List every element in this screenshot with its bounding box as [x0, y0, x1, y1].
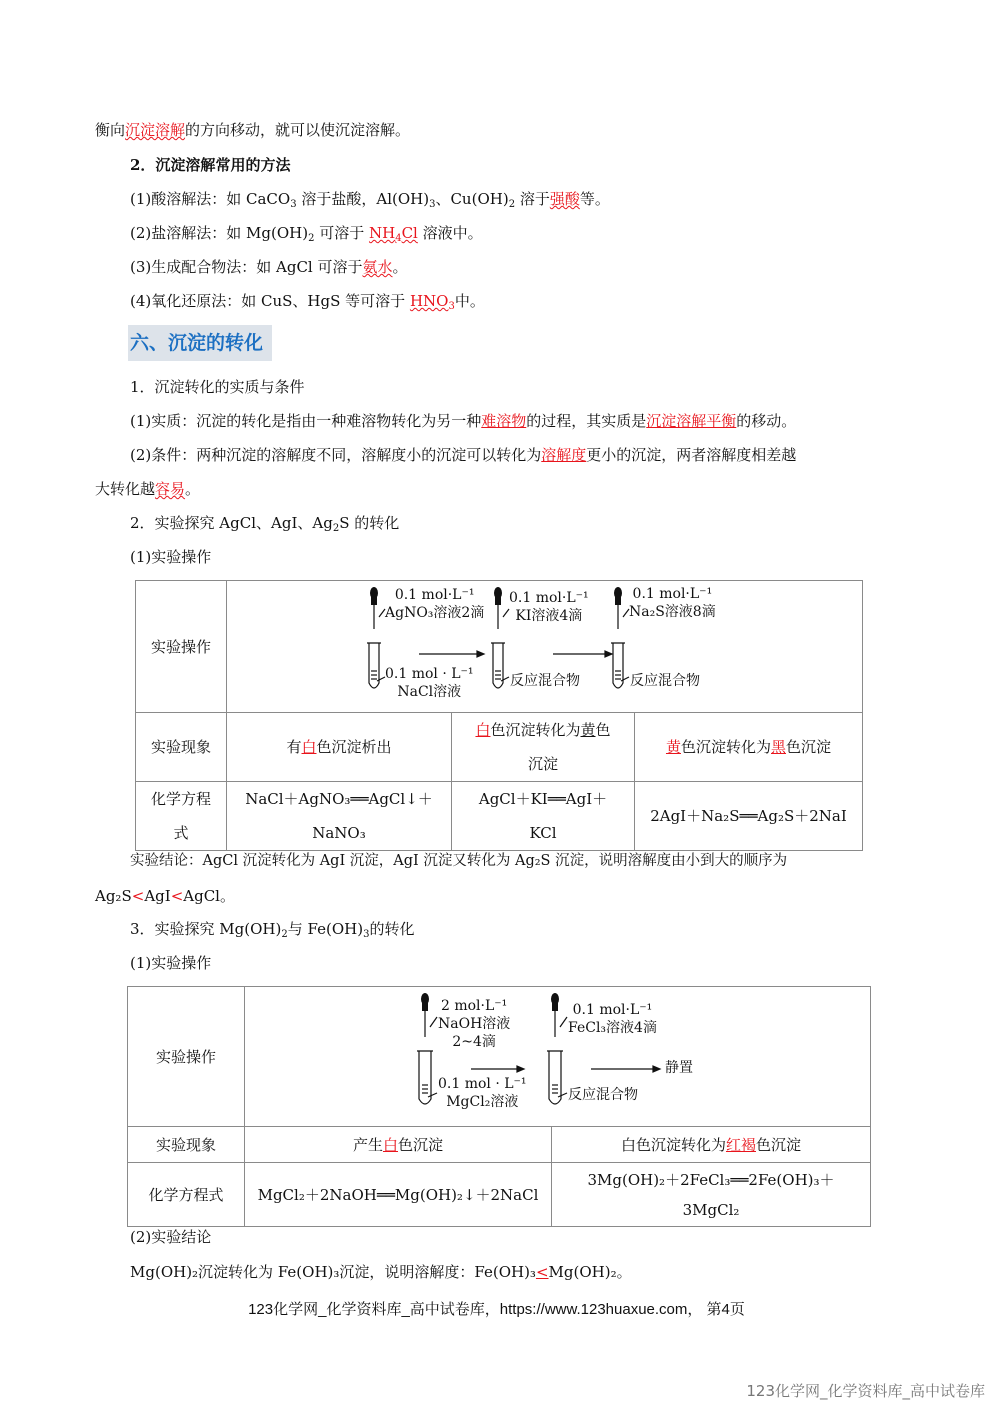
answer-text: 氨水	[363, 258, 393, 276]
text: 0.1 mol · L⁻¹	[438, 1075, 527, 1093]
row-label: 实验操作	[136, 581, 227, 713]
answer-text: 黑	[771, 738, 786, 756]
text: (4)氧化还原法：如 CuS、HgS 等可溶于	[130, 292, 410, 310]
answer-text: <	[536, 1263, 549, 1281]
method-4: (4)氧化还原法：如 CuS、HgS 等可溶于 HNO3中。	[130, 290, 485, 312]
mixture-label: 反应混合物	[510, 672, 580, 690]
text: 0.1 mol·L⁻¹	[629, 585, 716, 603]
equation-cell: 3Mg(OH)₂＋2FeCl₃══2Fe(OH)₃＋3MgCl₂	[552, 1163, 871, 1227]
text: AgCl。	[183, 887, 235, 905]
text: KCl	[452, 816, 634, 850]
text: 色沉淀	[756, 1136, 801, 1154]
row-label: 实验现象	[136, 713, 227, 782]
section-title: 2．沉淀溶解常用的方法	[130, 154, 290, 176]
row-label: 实验现象	[128, 1127, 245, 1163]
text: 色	[596, 721, 611, 739]
text: 。	[393, 258, 408, 276]
text: MgCl₂溶液	[438, 1093, 527, 1111]
text: 中。	[455, 292, 485, 310]
text: AgNO₃溶液2滴	[385, 604, 484, 622]
text: Mg(OH)₂沉淀转化为 Fe(OH)₃沉淀，说明溶解度：Fe(OH)₃	[130, 1263, 536, 1281]
mixture-label: 反应混合物	[630, 672, 700, 690]
text: S 的转化	[339, 514, 399, 532]
phenomenon-cell: 白色沉淀转化为黄色沉淀	[452, 713, 635, 782]
answer-text: 容易	[155, 480, 185, 498]
text: 化学方程式	[146, 782, 216, 850]
phenomenon-cell: 产生白色沉淀	[245, 1127, 552, 1163]
text: 溶于盐酸，Al(OH)	[297, 190, 429, 208]
arrow-label: 静置	[665, 1059, 693, 1077]
experiment-table-2: 实验操作	[127, 986, 871, 1227]
part3-title: 3．实验探究 Mg(OH)2与 Fe(OH)3的转化	[130, 918, 414, 940]
page-footer: 123化学网_化学资料库_高中试卷库，https://www.123huaxue…	[0, 1298, 993, 1319]
text: Ag₂S	[95, 887, 132, 905]
text: 溶液中。	[418, 224, 483, 242]
reagent-label: 0.1 mol·L⁻¹FeCl₃溶液4滴	[568, 1001, 657, 1037]
answer-text: 白	[383, 1136, 398, 1154]
text: (1)实质：沉淀的转化是指由一种难溶物转化为另一种	[130, 412, 481, 430]
text: 白色沉淀转化为	[621, 1136, 726, 1154]
reagent-label: 2 mol·L⁻¹NaOH溶液2~4滴	[438, 997, 510, 1051]
text: 与 Fe(OH)	[288, 920, 363, 938]
reagent-label: 0.1 mol·L⁻¹KI溶液4滴	[509, 589, 589, 625]
diagram-cell: 0.1 mol·L⁻¹AgNO₃溶液2滴 0.1 mol·L⁻¹KI溶液4滴 0…	[227, 581, 863, 713]
text: 可溶于	[314, 224, 369, 242]
phenomenon-cell: 白色沉淀转化为红褐色沉淀	[552, 1127, 871, 1163]
answer-text: 白	[301, 738, 316, 756]
text: 2．实验探究 AgCl、AgI、Ag	[130, 514, 333, 532]
text: (1)酸溶解法：如 CaCO	[130, 190, 290, 208]
equation-cell: NaCl＋AgNO₃══AgCl↓＋NaNO₃	[227, 782, 452, 851]
answer-text: 沉淀溶解平衡	[646, 412, 736, 430]
text: 色沉淀转化为	[681, 738, 771, 756]
text: NaCl溶液	[385, 683, 474, 701]
text: Cl	[402, 224, 418, 242]
text: NaCl＋AgNO₃══AgCl↓＋	[227, 782, 451, 816]
text: 的方向移动，就可以使沉淀溶解。	[185, 121, 410, 139]
test-tube-icon	[245, 987, 871, 1126]
phenomenon-cell: 黄色沉淀转化为黑色沉淀	[635, 713, 863, 782]
answer-text: 白	[475, 721, 490, 739]
text: AgCl＋KI══AgI＋	[452, 782, 634, 816]
text: 的移动。	[736, 412, 796, 430]
phenomenon-cell: 有白色沉淀析出	[227, 713, 452, 782]
answer-text: 强酸	[550, 190, 580, 208]
text: 色沉淀转化为	[490, 721, 580, 739]
part2-conclusion-cont: Ag₂S<AgI<AgCl。	[95, 885, 235, 907]
part2-conclusion: 实验结论：AgCl 沉淀转化为 AgI 沉淀，AgI 沉淀又转化为 Ag₂S 沉…	[130, 850, 787, 872]
equation-cell: 2AgI＋Na₂S══Ag₂S＋2NaI	[635, 782, 863, 851]
method-3: (3)生成配合物法：如 AgCl 可溶于氨水。	[130, 256, 408, 278]
answer-text: 沉淀溶解	[125, 121, 185, 139]
answer-text: 黄	[581, 721, 596, 739]
equation-cell: AgCl＋KI══AgI＋KCl	[452, 782, 635, 851]
part1-condition: (2)条件：两种沉淀的溶解度不同，溶解度小的沉淀可以转化为溶解度更小的沉淀，两者…	[130, 444, 796, 466]
text: 的过程，其实质是	[526, 412, 646, 430]
answer-text: HNO3	[410, 292, 455, 310]
text: 2AgI＋Na₂S══Ag₂S＋2NaI	[635, 799, 862, 833]
method-1: (1)酸溶解法：如 CaCO3 溶于盐酸，Al(OH)3、Cu(OH)2 溶于强…	[130, 188, 610, 210]
answer-text: 红褐	[726, 1136, 756, 1154]
part1-condition-cont: 大转化越容易。	[95, 478, 200, 500]
text: 3Mg(OH)₂＋2FeCl₃══2Fe(OH)₃＋	[552, 1165, 870, 1195]
text: NaOH溶液	[438, 1015, 510, 1033]
text: HNO	[410, 292, 449, 310]
text: AgI	[144, 887, 170, 905]
reagent-label: 0.1 mol·L⁻¹AgNO₃溶液2滴	[385, 586, 484, 622]
diagram-cell: 2 mol·L⁻¹NaOH溶液2~4滴 0.1 mol·L⁻¹FeCl₃溶液4滴…	[245, 987, 871, 1127]
text: 0.1 mol·L⁻¹	[568, 1001, 657, 1019]
answer-text: 难溶物	[481, 412, 526, 430]
equation-cell: MgCl₂＋2NaOH══Mg(OH)₂↓＋2NaCl	[245, 1163, 552, 1227]
answer-text: 溶解度	[541, 446, 586, 464]
text: 沉淀	[452, 747, 634, 781]
text: 衡向	[95, 121, 125, 139]
text: 0.1 mol · L⁻¹	[385, 665, 474, 683]
test-tube-diagram: 2 mol·L⁻¹NaOH溶液2~4滴 0.1 mol·L⁻¹FeCl₃溶液4滴…	[245, 987, 870, 1126]
mixture-label: 反应混合物	[568, 1086, 638, 1104]
text: 色沉淀	[786, 738, 831, 756]
part3-op-label: (1)实验操作	[130, 952, 211, 974]
part2-title: 2．实验探究 AgCl、AgI、Ag2S 的转化	[130, 512, 399, 534]
text: (2)条件：两种沉淀的溶解度不同，溶解度小的沉淀可以转化为	[130, 446, 541, 464]
text: Mg(OH)₂。	[549, 1263, 632, 1281]
text: 、Cu(OH)	[435, 190, 508, 208]
text: Na₂S溶液8滴	[629, 603, 716, 621]
text: 色沉淀析出	[317, 738, 392, 756]
text: NaNO₃	[227, 816, 451, 850]
experiment-table-1: 实验操作	[135, 580, 863, 851]
section-heading: 六、沉淀的转化	[128, 325, 272, 361]
part1-title: 1．沉淀转化的实质与条件	[130, 376, 305, 398]
text: 有	[286, 738, 301, 756]
text: (2)盐溶解法：如 Mg(OH)	[130, 224, 308, 242]
watermark: 123化学网_化学资料库_高中试卷库	[746, 1380, 985, 1401]
test-tube-diagram: 0.1 mol·L⁻¹AgNO₃溶液2滴 0.1 mol·L⁻¹KI溶液4滴 0…	[227, 581, 862, 712]
row-label: 化学方程式	[128, 1163, 245, 1227]
row-label: 化学方程式	[136, 782, 227, 851]
text: 色沉淀	[398, 1136, 443, 1154]
text: (3)生成配合物法：如 AgCl 可溶于	[130, 258, 363, 276]
text: 2 mol·L⁻¹	[438, 997, 510, 1015]
solution-label: 0.1 mol · L⁻¹NaCl溶液	[385, 665, 474, 701]
text: 3MgCl₂	[552, 1195, 870, 1225]
answer-text: <	[171, 887, 184, 905]
text: KI溶液4滴	[509, 607, 589, 625]
text: 3．实验探究 Mg(OH)	[130, 920, 281, 938]
part2-op-label: (1)实验操作	[130, 546, 211, 568]
text: 产生	[353, 1136, 383, 1154]
part3-conclusion: Mg(OH)₂沉淀转化为 Fe(OH)₃沉淀，说明溶解度：Fe(OH)₃<Mg(…	[130, 1261, 632, 1283]
reagent-label: 0.1 mol·L⁻¹Na₂S溶液8滴	[629, 585, 716, 621]
text: FeCl₃溶液4滴	[568, 1019, 657, 1037]
text: 等。	[580, 190, 610, 208]
answer-text: <	[132, 887, 145, 905]
solution-label: 0.1 mol · L⁻¹MgCl₂溶液	[438, 1075, 527, 1111]
part1-essence: (1)实质：沉淀的转化是指由一种难溶物转化为另一种难溶物的过程，其实质是沉淀溶解…	[130, 410, 796, 432]
text: 大转化越	[95, 480, 155, 498]
text: 0.1 mol·L⁻¹	[385, 586, 484, 604]
answer-text: 黄	[666, 738, 681, 756]
part3-conclusion-label: (2)实验结论	[130, 1226, 211, 1248]
intro-line: 衡向沉淀溶解的方向移动，就可以使沉淀溶解。	[95, 119, 410, 141]
text: 溶于	[515, 190, 550, 208]
text: 的转化	[369, 920, 414, 938]
text: 。	[185, 480, 200, 498]
method-2: (2)盐溶解法：如 Mg(OH)2 可溶于 NH4Cl 溶液中。	[130, 222, 483, 244]
text: NH	[369, 224, 395, 242]
answer-text: NH4Cl	[369, 224, 418, 242]
text: 2~4滴	[438, 1033, 510, 1051]
text: 更小的沉淀，两者溶解度相差越	[586, 446, 796, 464]
row-label: 实验操作	[128, 987, 245, 1127]
text: 0.1 mol·L⁻¹	[509, 589, 589, 607]
text: MgCl₂＋2NaOH══Mg(OH)₂↓＋2NaCl	[245, 1178, 551, 1212]
